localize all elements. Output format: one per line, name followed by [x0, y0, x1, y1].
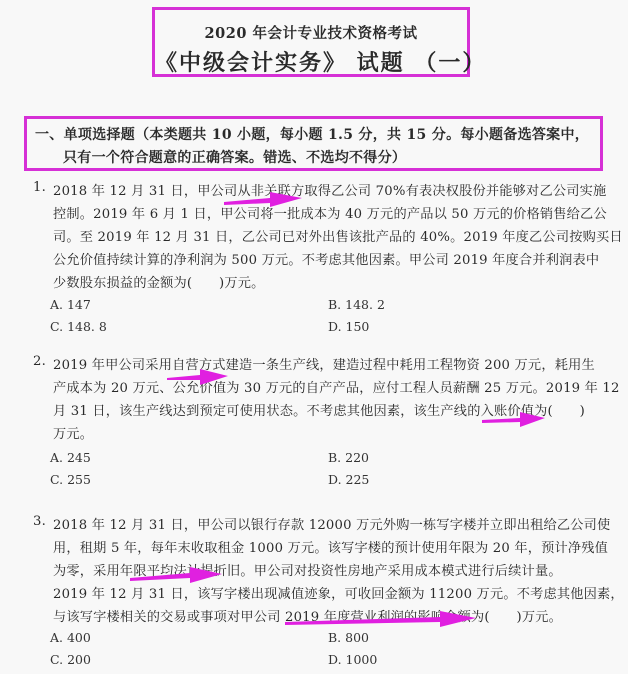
annotation-arrows [0, 0, 628, 674]
arrow-icon [482, 412, 545, 427]
arrow-icon [285, 611, 476, 627]
arrow-icon [167, 369, 228, 385]
arrow-icon [130, 567, 222, 583]
arrow-icon [224, 192, 302, 207]
